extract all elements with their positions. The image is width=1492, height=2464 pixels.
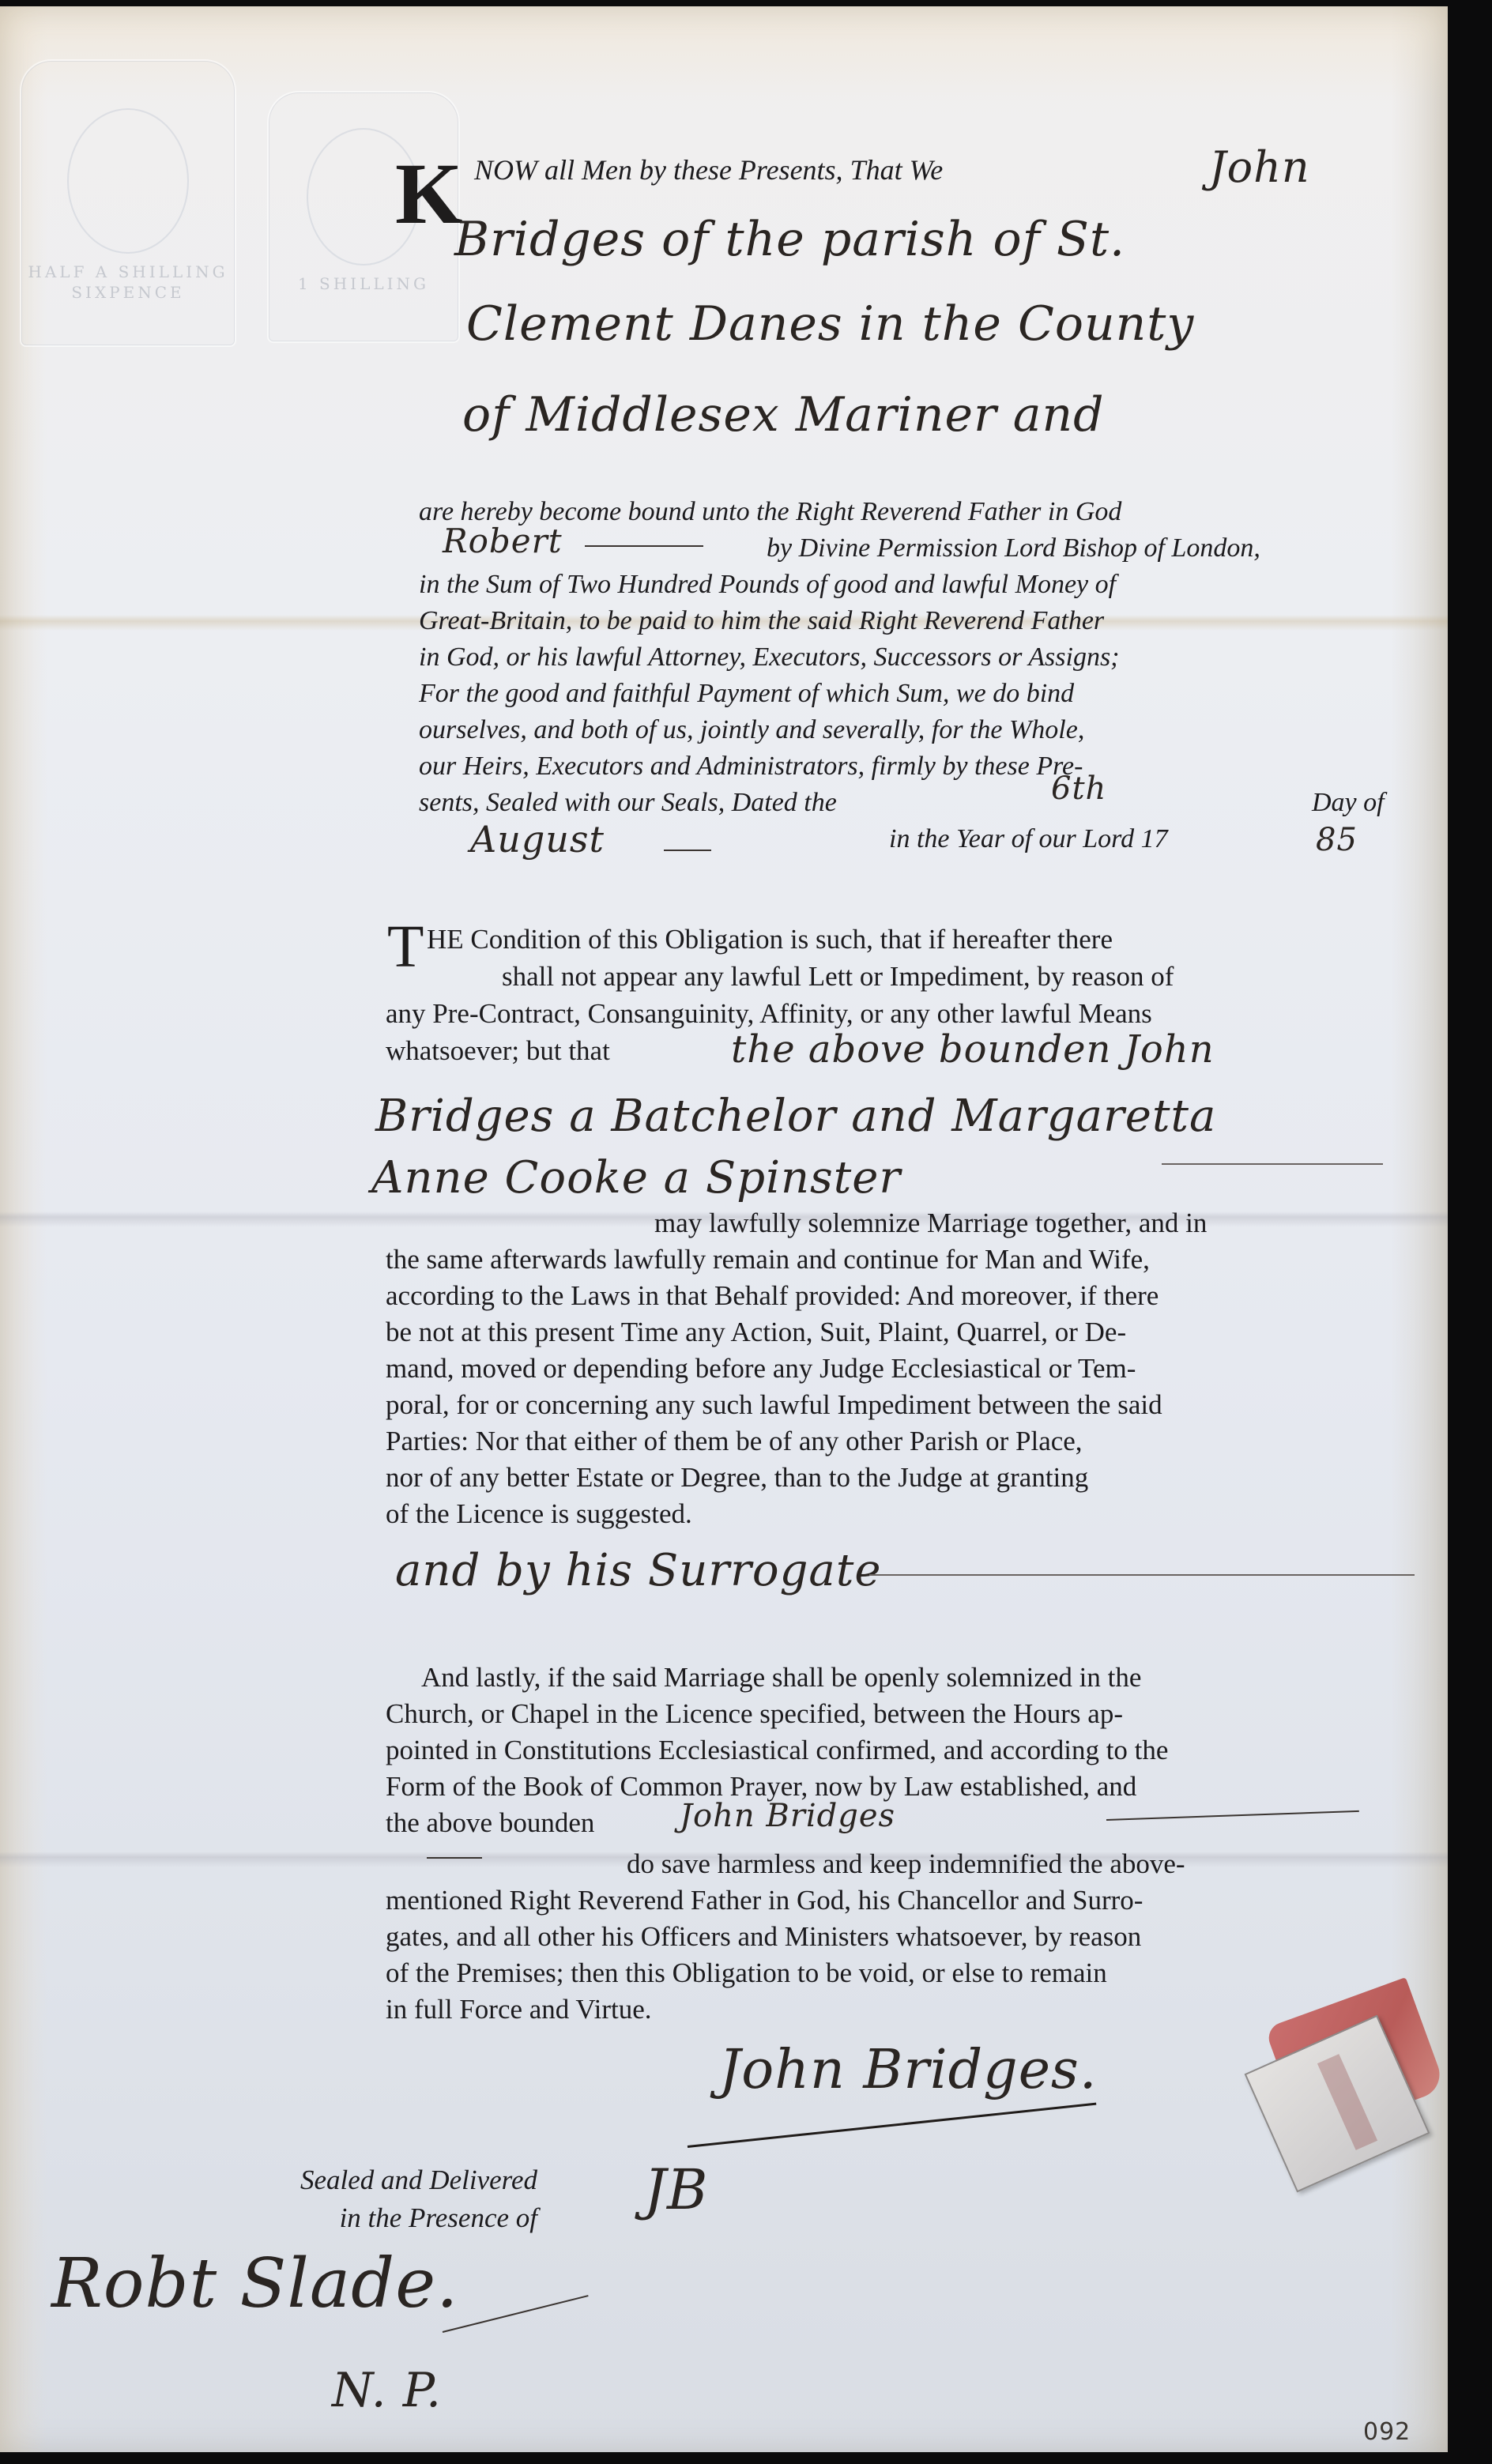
embossed-stamp-sixpence: HALF A SHILLING SIXPENCE [20,59,236,347]
couple-line-1: the above bounden John [731,1027,1215,1072]
line-filler [427,1857,482,1859]
bond-day: 6th [1051,770,1106,807]
stamp-label: 1 SHILLING [269,273,458,294]
condition-line: be not at this present Time any Action, … [386,1314,1126,1351]
party-name-first: John [1209,142,1310,192]
bond-month: August [470,818,605,861]
condition-line: of the Licence is suggested. [386,1496,692,1532]
bond-line: Day of [1312,785,1385,821]
couple-line-2: Bridges a Batchelor and Margaretta [375,1091,1216,1142]
witness-label-line1: Sealed and Delivered [253,2161,537,2199]
final-line: in full Force and Virtue. [386,1991,651,2028]
surrogate-addition: and by his Surrogate [395,1545,881,1596]
drop-cap-t: T [387,917,424,977]
condition-line: the same afterwards lawfully remain and … [386,1241,1150,1278]
condition-line: whatsoever; but that [386,1032,610,1069]
drop-cap-k: K [395,150,463,237]
stamp-label: SIXPENCE [21,282,235,303]
witness-title: N. P. [332,2363,442,2418]
condition-line: any Pre-Contract, Consanguinity, Affinit… [386,995,1152,1032]
party-line-4: of Middlesex Mariner and [462,387,1105,443]
final-line: the above bounden [386,1805,594,1841]
bounden-name: John Bridges [680,1798,895,1834]
final-line: Church, or Chapel in the Licence specifi… [386,1696,1123,1732]
final-line: do save harmless and keep indemnified th… [627,1846,1185,1882]
bond-line: in the Sum of Two Hundred Pounds of good… [419,567,1116,603]
condition-line: may lawfully solemnize Marriage together… [654,1205,1207,1241]
condition-line: mand, moved or depending before any Judg… [386,1351,1136,1387]
line-filler [1162,1163,1383,1165]
principal-initials: JB [644,2157,709,2222]
line-filler [869,1574,1415,1576]
final-line: And lastly, if the said Marriage shall b… [421,1660,1141,1696]
bond-line: ourselves, and both of us, jointly and s… [419,712,1084,748]
final-line: of the Premises; then this Obligation to… [386,1955,1107,1991]
witness-label-line2: in the Presence of [253,2199,537,2237]
bond-line: in the Year of our Lord 17 [889,821,1168,857]
bond-line: sents, Sealed with our Seals, Dated the [419,785,837,821]
stamp-label: HALF A SHILLING [21,262,235,282]
couple-line-3: Anne Cooke a Spinster [371,1152,901,1204]
final-line: gates, and all other his Officers and Mi… [386,1919,1141,1955]
month-dash [664,850,711,851]
condition-line: nor of any better Estate or Degree, than… [386,1460,1088,1496]
condition-line: according to the Laws in that Behalf pro… [386,1278,1159,1314]
bishop-name: Robert [443,522,563,560]
bond-year-suffix: 85 [1316,822,1358,858]
principal-signature: John Bridges. [719,2039,1097,2101]
witness-label: Sealed and Delivered in the Presence of [253,2161,537,2237]
bond-line: Great-Britain, to be paid to him the sai… [419,603,1104,639]
final-line: pointed in Constitutions Ecclesiastical … [386,1732,1168,1769]
party-line-3: Clement Danes in the County [466,296,1194,352]
bond-line: our Heirs, Executors and Administrators,… [419,748,1083,785]
bond-line: in God, or his lawful Attorney, Executor… [419,639,1120,676]
condition-line: shall not appear any lawful Lett or Impe… [502,958,1174,995]
bond-line: For the good and faithful Payment of whi… [419,676,1074,712]
archive-number: 092 [1363,2418,1411,2446]
name-dash [585,545,703,547]
condition-line: poral, for or concerning any such lawful… [386,1387,1162,1423]
final-line: mentioned Right Reverend Father in God, … [386,1882,1143,1919]
bond-opening: NOW all Men by these Presents, That We [474,153,943,186]
witness-signature: Robt Slade. [51,2244,458,2323]
party-line-2: Bridges of the parish of St. [454,212,1125,267]
bond-line: by Divine Permission Lord Bishop of Lond… [767,530,1260,567]
condition-line: HE Condition of this Obligation is such,… [427,921,1113,958]
crown-emblem-icon [67,108,189,254]
condition-line: Parties: Nor that either of them be of a… [386,1423,1083,1460]
